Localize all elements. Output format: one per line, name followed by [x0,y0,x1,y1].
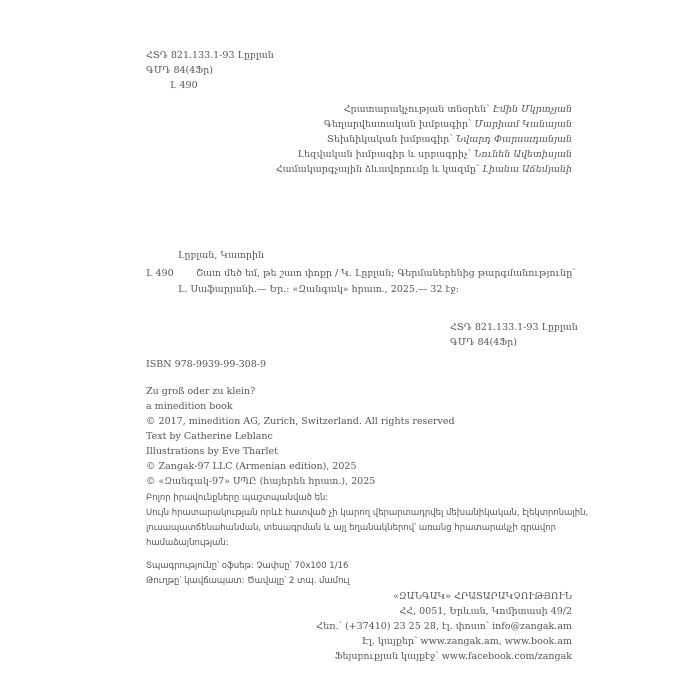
catalog-mark: Լ 490 [146,266,174,281]
author-mark: Լ 490 [146,78,274,93]
catalog-author: Լըբլան, Կատրին [178,248,264,263]
credit-line: Գեղարվեստական խմբագիր՝ Մարիամ Կանայան [276,117,572,132]
credit-line: Հրատարակչության տնօրեն՝ Էմին Մկրտչյան [276,102,572,117]
armenian-copyright-hy: © «Զանգակ-97» ՍՊԸ (հայերեն հրատ.), 2025 [146,474,455,489]
gmd-code: ԳՄԴ 84(4Ֆր) [146,63,274,78]
publisher-websites: Էլ. կայքեր՝ www.zangak.am, www.book.am [316,634,572,649]
print-specs: Տպագրությունը՝ օֆսեթ: Չափսը՝ 70x100 1/16… [146,559,349,589]
original-title: Zu groß oder zu klein? [146,384,455,399]
credit-line: Տեխնիկական խմբագիր՝ Նվարդ Փարսադանյան [276,132,572,147]
text-author: Text by Catherine Leblanc [146,429,455,444]
publisher-info: «ԶԱՆԳԱԿ» ՀՐԱՏԱՐԱԿՉՈՒԹՅՈՒՆ ՀՀ, 0051, Երևա… [316,589,572,664]
publisher-name: «ԶԱՆԳԱԿ» ՀՐԱՏԱՐԱԿՉՈՒԹՅՈՒՆ [316,589,572,604]
catalog-classification: ՀՏԴ 821.133.1-93 Լըբլան ԳՄԴ 84(4Ֆր) [450,320,578,350]
publisher-address: ՀՀ, 0051, Երևան, Կոմիտասի 49/2 [316,604,572,619]
publisher-facebook: Ֆեյսբուքյան կայքէջ՝ www.facebook.com/zan… [316,649,572,664]
original-copyright: © 2017, minedition AG, Zurich, Switzerla… [146,414,455,429]
catalog-line1: Շատ մեծ եմ, թե շատ փոքր / Կ. Լըբլան; Գեր… [196,266,576,281]
classification-top: ՀՏԴ 821.133.1-93 Լըբլան ԳՄԴ 84(4Ֆր) Լ 49… [146,48,274,93]
hsd-code: ՀՏԴ 821.133.1-93 Լըբլան [450,320,578,335]
credit-line: Լեզվական խմբագիր և սրբագրիչ՝ Նունեն Ավետ… [276,147,572,162]
credits: Հրատարակչության տնօրեն՝ Էմին Մկրտչյան Գե… [276,102,572,177]
gmd-code: ԳՄԴ 84(4Ֆր) [450,335,578,350]
rights-notice: Բոլոր իրավունքները պաշտպանված են: Սույն … [146,491,588,551]
armenian-copyright-en: © Zangak-97 LLC (Armenian edition), 2025 [146,459,455,474]
isbn: ISBN 978-9939-99-308-9 [146,357,266,372]
publisher-contact: Հեռ.՝ (+37410) 23 25 28, էլ. փոստ՝ info@… [316,619,572,634]
illustrator: Illustrations by Eve Tharlet [146,444,455,459]
original-edition-info: Zu groß oder zu klein? a minedition book… [146,384,455,489]
original-publisher: a minedition book [146,399,455,414]
catalog-line2: Լ. Սաֆարյանի.— Եր.: «Զանգակ» հրատ., 2025… [178,282,459,297]
hsd-code: ՀՏԴ 821.133.1-93 Լըբլան [146,48,274,63]
credit-line: Համակարգչային ձևավորումը և կազմը՝ Լիանա … [276,162,572,177]
